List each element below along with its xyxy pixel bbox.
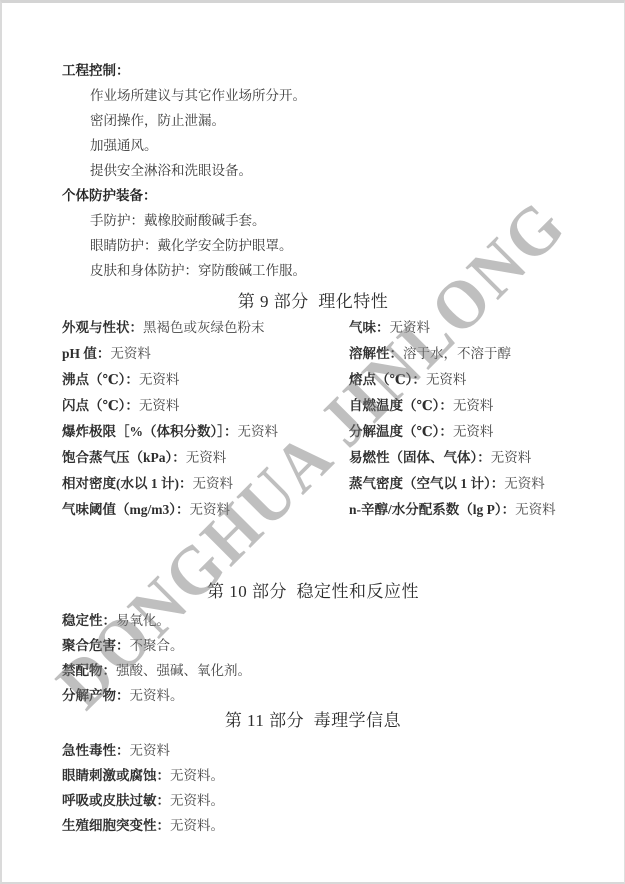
property-value: 无资料 [504, 476, 545, 491]
property-row: 聚合危害：不聚合。 [62, 633, 594, 658]
property-value: 不聚合。 [130, 638, 184, 653]
property-label: 生殖细胞突变性： [62, 818, 170, 833]
property-label: 闪点（℃）： [62, 398, 139, 413]
property-row: pH 值：无资料 [62, 341, 349, 367]
engineering-item: 密闭操作，防止泄漏。 [62, 108, 594, 133]
section10-rows: 稳定性：易氧化。 聚合危害：不聚合。 禁配物：强酸、强碱、氧化剂。 分解产物：无… [62, 608, 594, 708]
property-value: 无资料 [190, 502, 231, 517]
property-label: 易燃性（固体、气体）： [349, 450, 491, 465]
property-value: 无资料 [390, 320, 431, 335]
property-row: 爆炸极限［%（体积分数）］：无资料 [62, 419, 349, 445]
property-value: 无资料 [139, 372, 180, 387]
section11-title: 第 11 部分 毒理学信息 [2, 706, 624, 731]
property-row: 蒸气密度（空气以 1 计）：无资料 [349, 471, 606, 497]
property-label: n-辛醇/水分配系数（lg P）： [349, 502, 515, 517]
property-value: 黑褐色或灰绿色粉末 [143, 320, 265, 335]
property-label: 稳定性： [62, 613, 116, 628]
property-row: 生殖细胞突变性：无资料。 [62, 813, 594, 838]
section10-title: 第 10 部分 稳定性和反应性 [2, 577, 624, 602]
property-value: 无资料 [515, 502, 556, 517]
property-row: 饱合蒸气压（kPa）：无资料 [62, 445, 349, 471]
property-label: pH 值： [62, 346, 110, 361]
property-label: 呼吸或皮肤过敏： [62, 793, 170, 808]
property-label: 气味： [349, 320, 390, 335]
section11-rows: 急性毒性：无资料 眼睛刺激或腐蚀：无资料。 呼吸或皮肤过敏：无资料。 生殖细胞突… [62, 738, 594, 838]
property-row: 眼睛刺激或腐蚀：无资料。 [62, 763, 594, 788]
property-value: 无资料 [186, 450, 227, 465]
section9-right-column: 气味：无资料 溶解性：溶于水，不溶于醇 熔点（℃）：无资料 自燃温度（℃）：无资… [349, 315, 606, 523]
property-row: 禁配物：强酸、强碱、氧化剂。 [62, 658, 594, 683]
property-value: 溶于水，不溶于醇 [403, 346, 511, 361]
property-label: 气味阈值（mg/m3）： [62, 502, 190, 517]
property-row: 自燃温度（℃）：无资料 [349, 393, 606, 419]
ppe-item: 皮肤和身体防护：穿防酸碱工作服。 [62, 258, 594, 283]
property-row: 分解产物：无资料。 [62, 683, 594, 708]
property-value: 无资料 [139, 398, 180, 413]
property-row: 沸点（℃）：无资料 [62, 367, 349, 393]
ppe-label: 个体防护装备： [62, 183, 594, 208]
property-row: 易燃性（固体、气体）：无资料 [349, 445, 606, 471]
ppe-item: 手防护：戴橡胶耐酸碱手套。 [62, 208, 594, 233]
property-value: 无资料 [491, 450, 532, 465]
section9-left-column: 外观与性状：黑褐色或灰绿色粉末 pH 值：无资料 沸点（℃）：无资料 闪点（℃）… [62, 315, 349, 523]
property-label: 分解产物： [62, 688, 130, 703]
property-label: 熔点（℃）： [349, 372, 426, 387]
property-value: 无资料 [426, 372, 467, 387]
property-label: 自燃温度（℃）： [349, 398, 453, 413]
engineering-controls-label: 工程控制： [62, 58, 594, 83]
property-row: 熔点（℃）：无资料 [349, 367, 606, 393]
property-row: 相对密度(水以 1 计)：无资料 [62, 471, 349, 497]
property-label: 聚合危害： [62, 638, 130, 653]
engineering-item: 加强通风。 [62, 133, 594, 158]
property-row: 分解温度（℃）：无资料 [349, 419, 606, 445]
property-row: 溶解性：溶于水，不溶于醇 [349, 341, 606, 367]
property-row: 急性毒性：无资料 [62, 738, 594, 763]
engineering-item: 作业场所建议与其它作业场所分开。 [62, 83, 594, 108]
property-label: 蒸气密度（空气以 1 计）： [349, 476, 504, 491]
property-label: 饱合蒸气压（kPa）： [62, 450, 186, 465]
document-page: DONGHUA JINLONG 工程控制： 作业场所建议与其它作业场所分开。 密… [0, 0, 625, 884]
property-row: 呼吸或皮肤过敏：无资料。 [62, 788, 594, 813]
property-label: 爆炸极限［%（体积分数）］： [62, 424, 238, 439]
property-value: 无资料。 [130, 688, 184, 703]
property-value: 无资料。 [170, 793, 224, 808]
ppe-item: 眼睛防护：戴化学安全防护眼罩。 [62, 233, 594, 258]
property-value: 无资料 [453, 398, 494, 413]
property-value: 无资料。 [170, 818, 224, 833]
property-value: 无资料 [130, 743, 171, 758]
property-value: 无资料 [110, 346, 151, 361]
property-label: 外观与性状： [62, 320, 143, 335]
property-value: 无资料 [193, 476, 234, 491]
section9-properties: 外观与性状：黑褐色或灰绿色粉末 pH 值：无资料 沸点（℃）：无资料 闪点（℃）… [62, 315, 606, 523]
property-row: n-辛醇/水分配系数（lg P）：无资料 [349, 497, 606, 523]
property-row: 外观与性状：黑褐色或灰绿色粉末 [62, 315, 349, 341]
property-value: 易氧化。 [116, 613, 170, 628]
property-label: 分解温度（℃）： [349, 424, 453, 439]
property-row: 闪点（℃）：无资料 [62, 393, 349, 419]
exposure-controls-block: 工程控制： 作业场所建议与其它作业场所分开。 密闭操作，防止泄漏。 加强通风。 … [62, 58, 594, 283]
property-row: 气味：无资料 [349, 315, 606, 341]
property-label: 眼睛刺激或腐蚀： [62, 768, 170, 783]
property-label: 溶解性： [349, 346, 403, 361]
property-label: 相对密度(水以 1 计)： [62, 476, 193, 491]
property-row: 气味阈值（mg/m3）：无资料 [62, 497, 349, 523]
section9-title: 第 9 部分 理化特性 [2, 287, 624, 312]
property-label: 急性毒性： [62, 743, 130, 758]
property-label: 禁配物： [62, 663, 116, 678]
property-row: 稳定性：易氧化。 [62, 608, 594, 633]
property-value: 无资料 [453, 424, 494, 439]
property-value: 无资料 [238, 424, 279, 439]
property-value: 强酸、强碱、氧化剂。 [116, 663, 251, 678]
property-label: 沸点（℃）： [62, 372, 139, 387]
property-value: 无资料。 [170, 768, 224, 783]
engineering-item: 提供安全淋浴和洗眼设备。 [62, 158, 594, 183]
